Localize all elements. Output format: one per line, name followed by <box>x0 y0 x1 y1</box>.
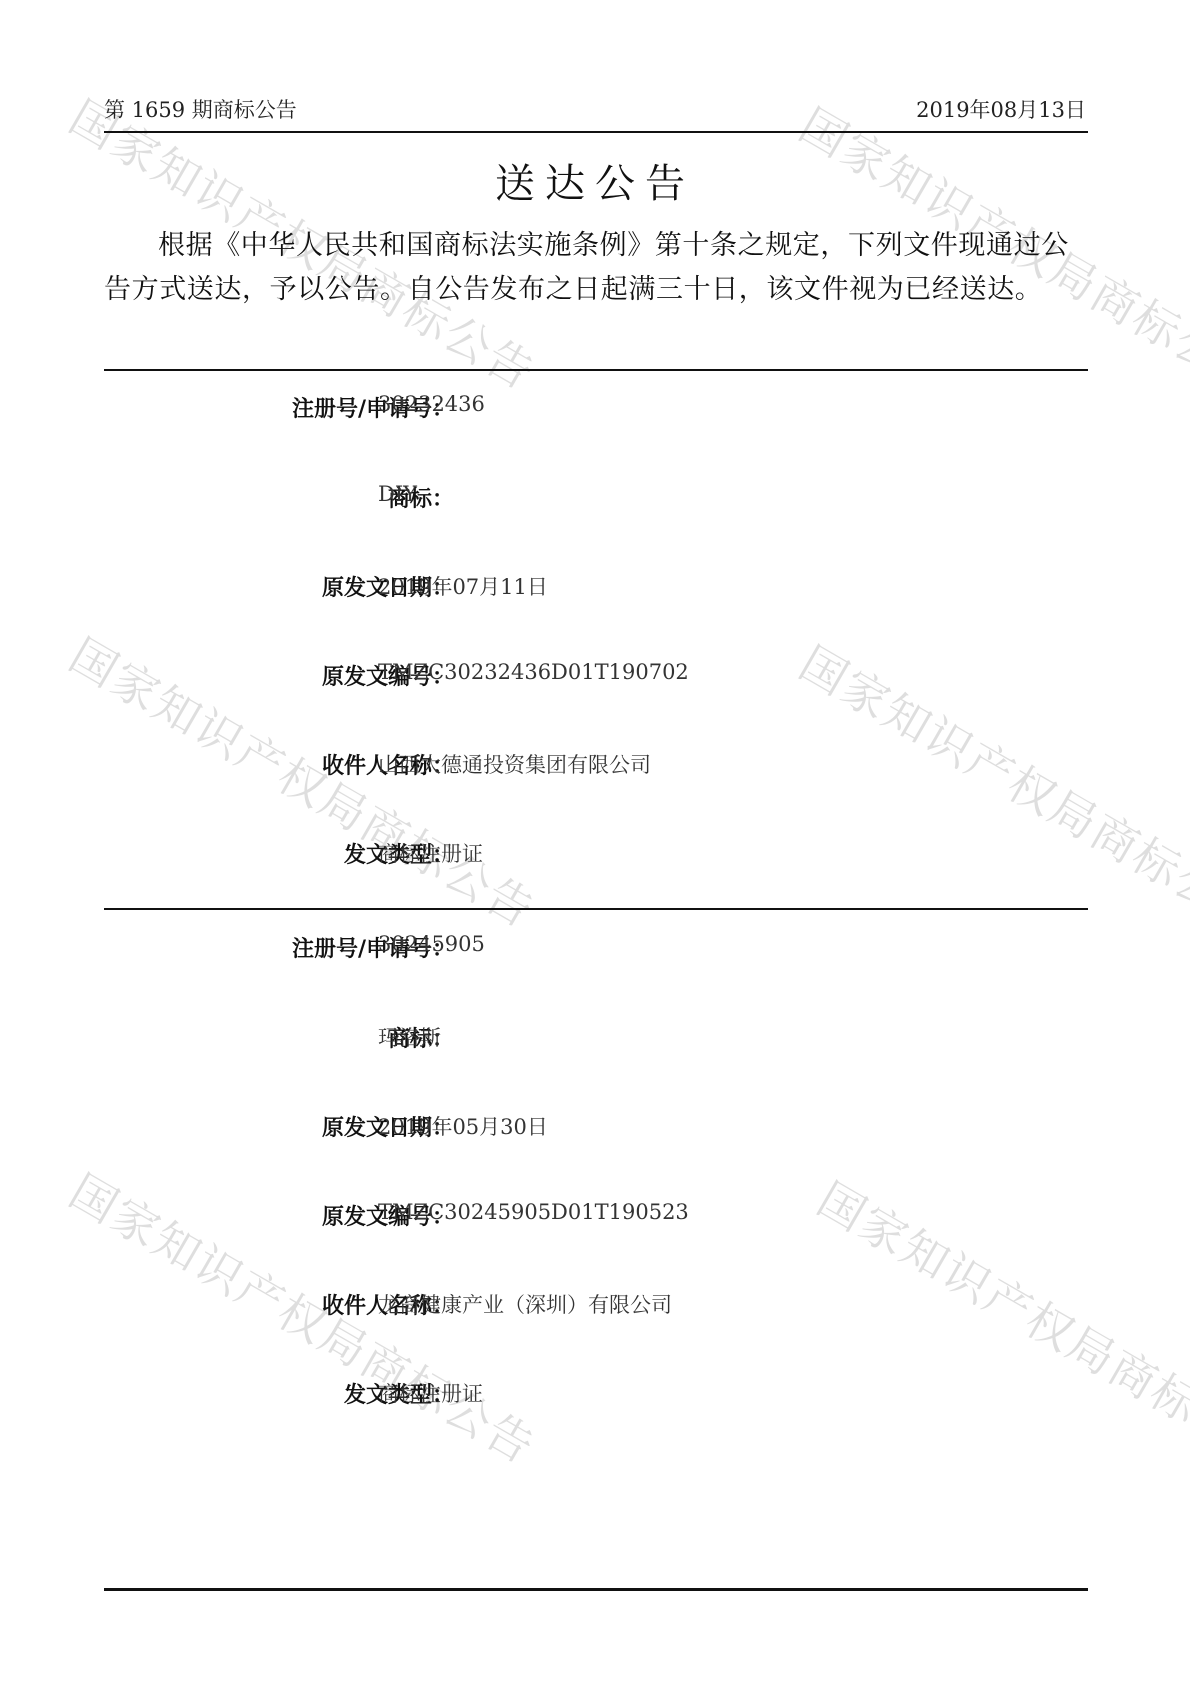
issue-date: 2019年08月13日 <box>916 94 1086 124</box>
field-doc-type: 发文类型： 商标注册证 <box>104 838 1088 878</box>
field-trademark: 商标： 玛洛斯 <box>104 1022 1088 1062</box>
page-header: 第 1659 期商标公告 2019年08月13日 <box>104 94 1086 124</box>
intro-paragraph: 根据《中华人民共和国商标法实施条例》第十条之规定，下列文件现通过公告方式送达，予… <box>104 224 1088 312</box>
orig-date-value: 2019年07月11日 <box>378 571 548 601</box>
field-orig-no: 原发文编号： TMZC30245905D01T190523 <box>104 1200 1088 1240</box>
field-reg-no: 注册号/申请号： 30245905 <box>104 932 1088 972</box>
orig-no-value: TMZC30245905D01T190523 <box>378 1200 689 1224</box>
issue-number: 第 1659 期商标公告 <box>104 94 297 124</box>
recipient-value: 山西大德通投资集团有限公司 <box>378 749 651 779</box>
field-trademark: 商标： DIY <box>104 482 1088 522</box>
field-recipient: 收件人名称： 山西大德通投资集团有限公司 <box>104 749 1088 789</box>
field-doc-type: 发文类型： 商标注册证 <box>104 1378 1088 1418</box>
section-divider <box>104 369 1088 371</box>
section-divider <box>104 908 1088 910</box>
header-rule <box>104 131 1088 133</box>
document-page: 国家知识产权局商标公告 国家知识产权局商标公告 国家知识产权局商标公告 国家知识… <box>0 0 1190 1684</box>
field-recipient: 收件人名称： 龙裔健康产业（深圳）有限公司 <box>104 1289 1088 1329</box>
trademark-value: 玛洛斯 <box>378 1022 441 1052</box>
field-reg-no: 注册号/申请号： 30232436 <box>104 392 1088 432</box>
trademark-value: DIY <box>378 482 417 506</box>
footer-rule <box>104 1588 1088 1591</box>
doc-type-value: 商标注册证 <box>378 838 483 868</box>
reg-no-value: 30245905 <box>378 932 485 956</box>
orig-no-value: TMZC30232436D01T190702 <box>378 660 689 684</box>
recipient-value: 龙裔健康产业（深圳）有限公司 <box>378 1289 672 1319</box>
field-orig-date: 原发文日期： 2019年07月11日 <box>104 571 1088 611</box>
reg-no-value: 30232436 <box>378 392 485 416</box>
orig-date-value: 2019年05月30日 <box>378 1111 548 1141</box>
field-orig-date: 原发文日期： 2019年05月30日 <box>104 1111 1088 1151</box>
page-title: 送达公告 <box>0 152 1190 209</box>
doc-type-value: 商标注册证 <box>378 1378 483 1408</box>
field-orig-no: 原发文编号： TMZC30232436D01T190702 <box>104 660 1088 700</box>
